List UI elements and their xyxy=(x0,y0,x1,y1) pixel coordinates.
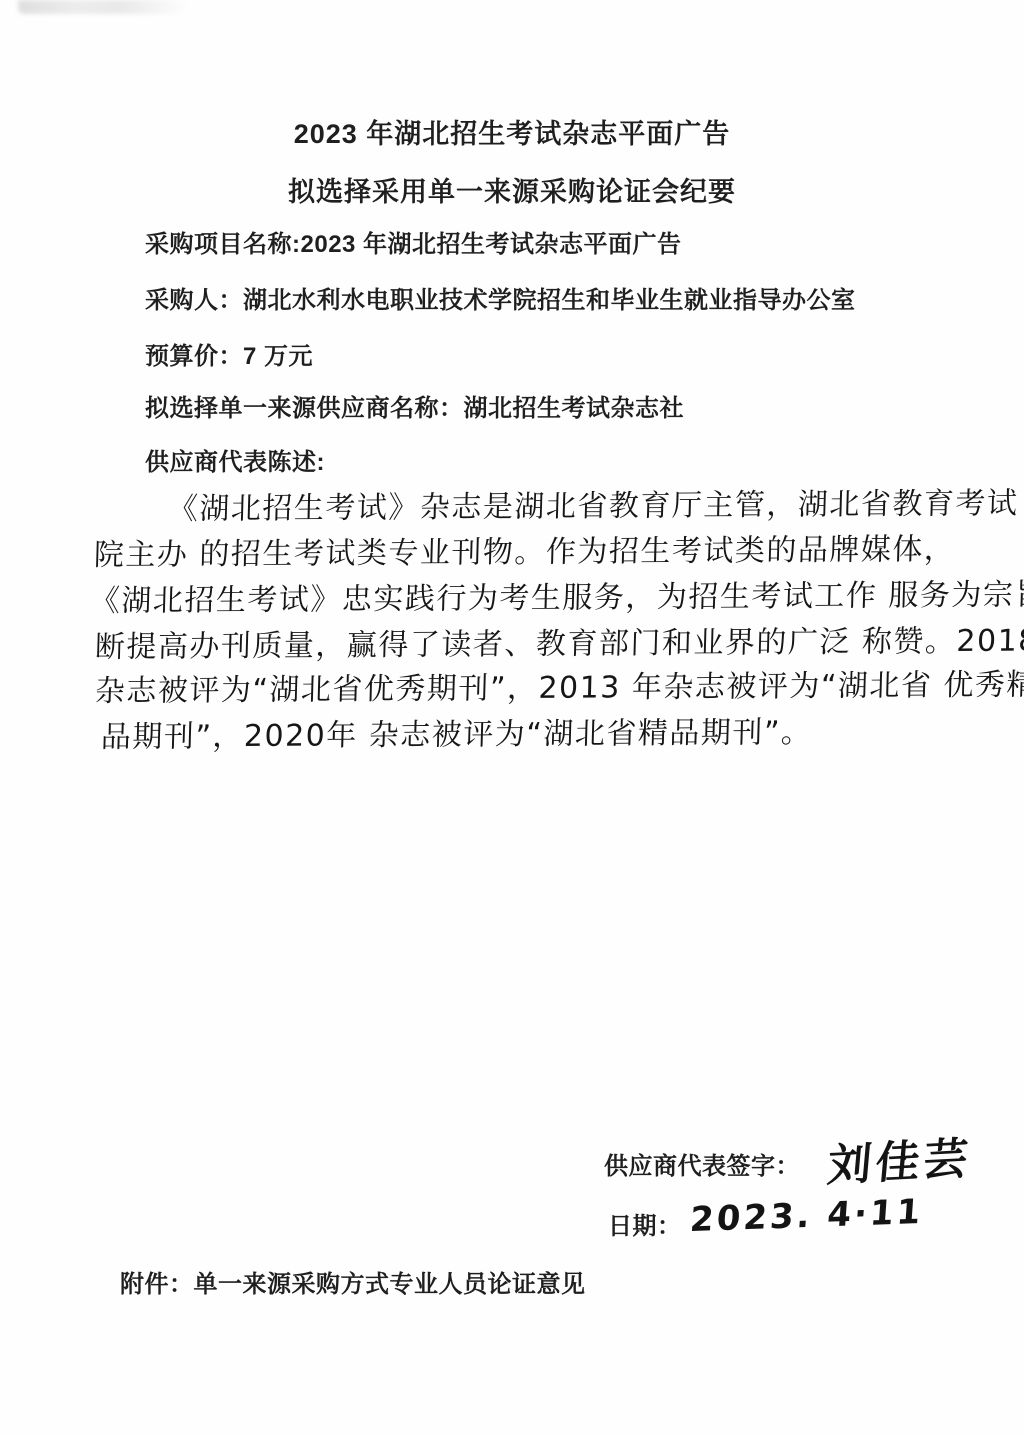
field-supplier-name: 拟选择单一来源供应商名称：湖北招生考试杂志社 xyxy=(145,388,684,423)
date-label: 日期： xyxy=(608,1206,682,1241)
scan-artifact-smudge xyxy=(18,0,188,14)
field-project-name-label: 采购项目名称: xyxy=(145,231,301,258)
handwritten-statement-line-5: 杂志被评为“湖北省优秀期刊”，2013 年杂志被评为“湖北省 优秀精 xyxy=(94,659,1024,710)
document-title-line2: 拟选择采用单一来源采购论证会纪要 xyxy=(0,170,1024,209)
field-supplier-statement-heading: 供应商代表陈述: xyxy=(145,442,325,477)
field-supplier-name-label: 拟选择单一来源供应商名称： xyxy=(145,395,464,422)
handwritten-statement-line-3: 《湖北招生考试》忠实践行为考生服务，为招生考试工作 服务为宗旨，不 xyxy=(89,569,1024,620)
field-budget-price-label: 预算价： xyxy=(145,343,243,370)
field-supplier-statement-label: 供应商代表陈述: xyxy=(145,449,325,476)
field-project-name: 采购项目名称:2023 年湖北招生考试杂志平面广告 xyxy=(145,224,682,259)
field-project-name-value: 2023 年湖北招生考试杂志平面广告 xyxy=(301,231,682,258)
handwritten-statement-line-2: 院主办 的招生考试类专业刊物。作为招生考试类的品牌媒体， xyxy=(93,524,956,574)
field-purchaser-label: 采购人： xyxy=(145,287,243,314)
document-title-line1: 2023 年湖北招生考试杂志平面广告 xyxy=(0,112,1024,151)
handwritten-statement-line-6: 品期刊”，2020年 杂志被评为“湖北省精品期刊”。 xyxy=(100,707,813,756)
field-supplier-name-value: 湖北招生考试杂志社 xyxy=(464,395,685,422)
handwritten-statement-line-4: 断提高办刊质量，赢得了读者、教育部门和业界的广泛 称赞。2018年 xyxy=(94,615,1024,666)
field-budget-price: 预算价：7 万元 xyxy=(145,336,313,371)
attachment-note: 附件：单一来源采购方式专业人员论证意见 xyxy=(120,1264,586,1299)
field-purchaser: 采购人：湖北水利水电职业技术学院招生和毕业生就业指导办公室 xyxy=(145,280,856,315)
field-budget-price-value: 7 万元 xyxy=(243,343,313,370)
signature-label: 供应商代表签字： xyxy=(604,1146,800,1181)
field-purchaser-value: 湖北水利水电职业技术学院招生和毕业生就业指导办公室 xyxy=(243,287,856,314)
date-handwritten-value: 2023. 4·11 xyxy=(689,1192,925,1240)
handwritten-statement-line-1: 《湖北招生考试》杂志是湖北省教育厅主管，湖北省教育考试 xyxy=(167,478,1019,528)
signature-handwritten-name: 刘佳芸 xyxy=(825,1122,974,1194)
scanned-document-page: 2023 年湖北招生考试杂志平面广告 拟选择采用单一来源采购论证会纪要 采购项目… xyxy=(0,0,1024,1435)
